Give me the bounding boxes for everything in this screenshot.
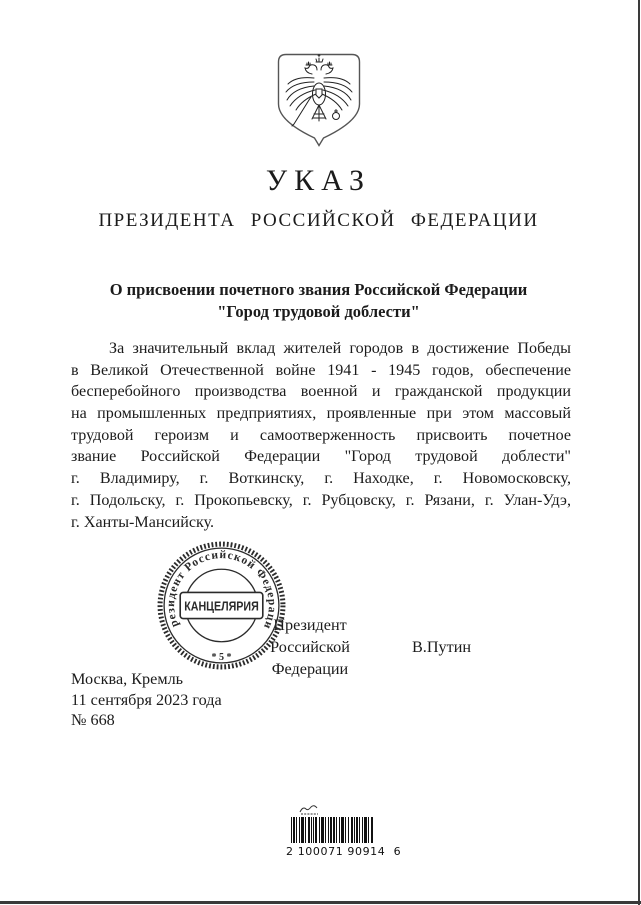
decree-number: № 668 — [71, 710, 222, 731]
stamp-center-text: КАНЦЕЛЯРИЯ — [184, 599, 259, 614]
decree-body-line: За значительный вклад жителей городов в … — [71, 340, 571, 362]
barcode: 2 100071 90914 6 — [286, 817, 378, 858]
decree-body-line: бесперебойного производства военной и гр… — [71, 383, 571, 405]
issue-details: Москва, Кремль 11 сентября 2023 года № 6… — [71, 669, 222, 731]
scan-edge-bottom — [0, 901, 641, 904]
decree-body: За значительный вклад жителей городов в … — [71, 340, 571, 535]
signature-name: В.Путин — [412, 636, 471, 658]
decree-body-line: трудовой героизм и самоотверженность при… — [71, 427, 571, 449]
decree-body-line: г. Ханты-Мансийску. — [71, 514, 571, 536]
issue-date: 11 сентября 2023 года — [71, 690, 222, 711]
barcode-digits: 2 100071 90914 6 — [286, 845, 378, 858]
decree-body-line: звание Российской Федерации "Город трудо… — [71, 448, 571, 470]
issuer-heading: ПРЕЗИДЕНТА РОССИЙСКОЙ ФЕДЕРАЦИИ — [0, 211, 637, 230]
chancellery-stamp: Президент Российской Федерации * 5 * КАН… — [151, 535, 292, 676]
mark-above-barcode — [297, 803, 325, 817]
decree-subject: О присвоении почетного звания Российской… — [40, 279, 597, 323]
decree-body-line: в Великой Отечественной войне 1941 - 194… — [71, 362, 571, 384]
decree-body-line: на промышленных предприятиях, проявленны… — [71, 405, 571, 427]
document-type-heading: УКАЗ — [0, 166, 637, 196]
decree-document-page: УКАЗ ПРЕЗИДЕНТА РОССИЙСКОЙ ФЕДЕРАЦИИ О п… — [0, 0, 641, 905]
stamp-bottom-text: * 5 * — [211, 652, 231, 663]
barcode-bars — [289, 817, 375, 844]
scan-edge-right — [638, 0, 640, 905]
decree-body-line: г. Подольску, г. Прокопьевску, г. Рубцов… — [71, 492, 571, 514]
coat-of-arms-russia-icon — [276, 52, 362, 148]
subject-line-2: "Город трудовой доблести" — [40, 301, 597, 323]
decree-body-line: г. Владимиру, г. Воткинску, г. Находке, … — [71, 470, 571, 492]
subject-line-1: О присвоении почетного звания Российской… — [40, 279, 597, 301]
